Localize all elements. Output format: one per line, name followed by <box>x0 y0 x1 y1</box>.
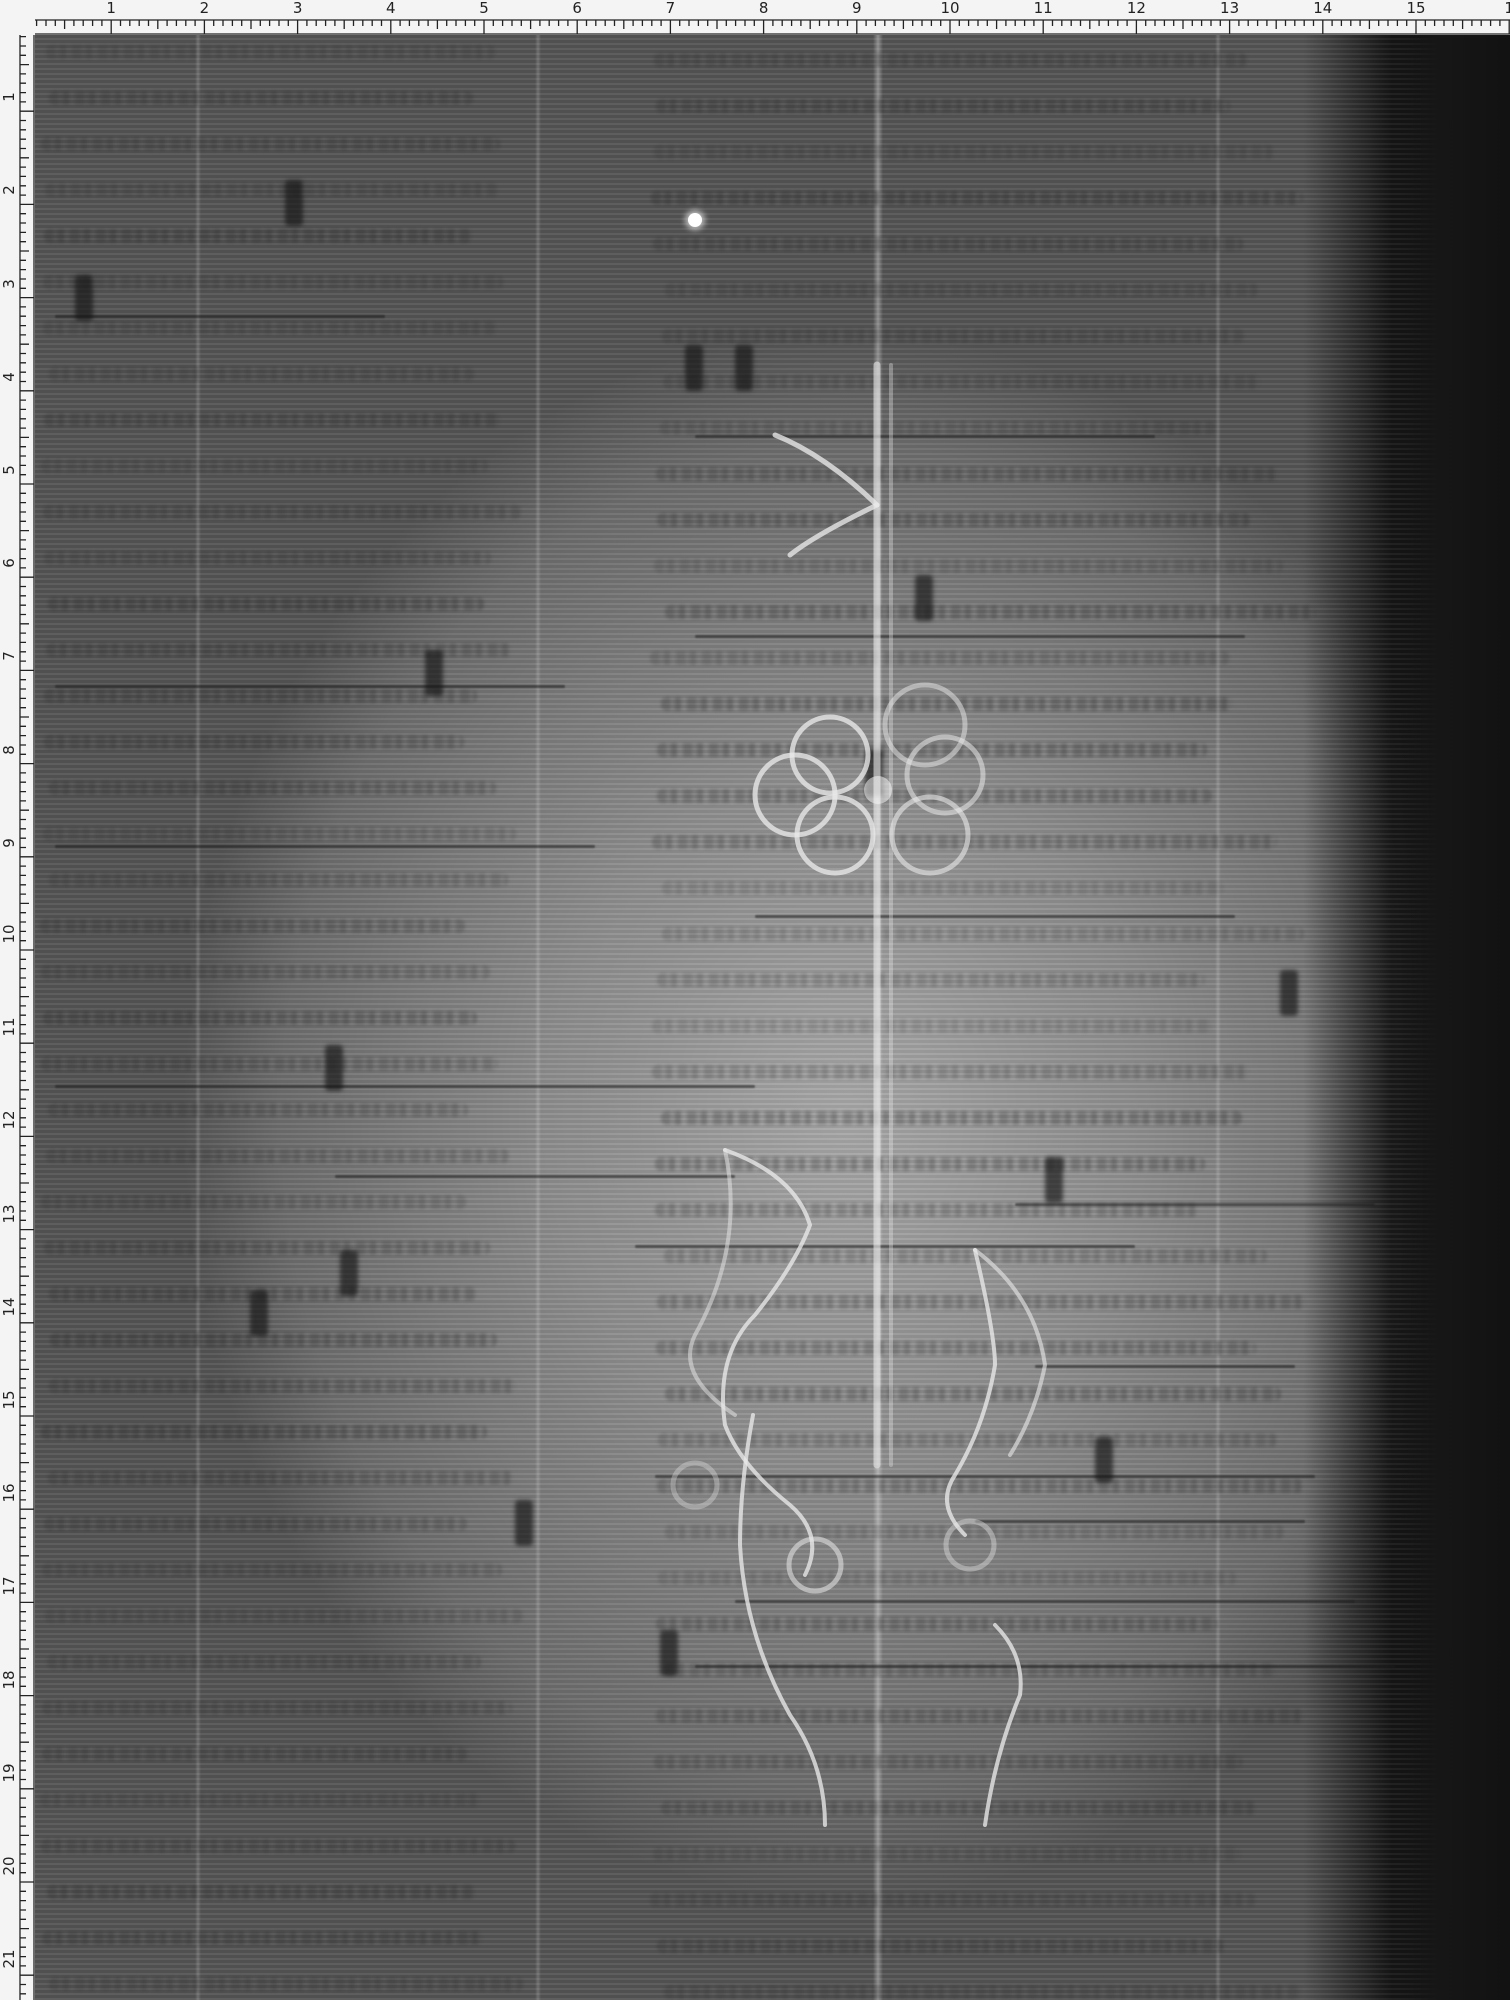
left-ruler-label: 18 <box>2 1674 17 1689</box>
top-ruler-label: 1 <box>1504 1 1510 16</box>
top-ruler-label: 9 <box>852 1 862 16</box>
top-ruler-label: 8 <box>759 1 769 16</box>
ruler-corner <box>0 0 35 35</box>
left-ruler-label: 11 <box>2 1022 17 1037</box>
top-ruler-label: 1 <box>106 1 116 16</box>
top-ruler-label: 7 <box>666 1 676 16</box>
left-ruler-label: 15 <box>2 1395 17 1410</box>
left-ruler-label: 6 <box>2 556 17 571</box>
left-ruler-label: 3 <box>2 276 17 291</box>
left-ruler-label: 1 <box>2 90 17 105</box>
left-ruler-label: 13 <box>2 1208 17 1223</box>
left-ruler-label: 10 <box>2 929 17 944</box>
top-ruler-label: 14 <box>1313 1 1332 16</box>
left-ruler: 123456789101112131415161718192021 <box>0 0 35 2000</box>
left-ruler-label: 19 <box>2 1767 17 1782</box>
top-ruler-label: 15 <box>1406 1 1425 16</box>
top-ruler-label: 10 <box>940 1 959 16</box>
left-ruler-label: 12 <box>2 1115 17 1130</box>
top-ruler-label: 5 <box>479 1 489 16</box>
left-ruler-label: 4 <box>2 369 17 384</box>
left-ruler-label: 17 <box>2 1581 17 1596</box>
left-ruler-label: 20 <box>2 1861 17 1876</box>
top-ruler: 01234567891011121314151 <box>0 0 1510 35</box>
page-edge-shadow <box>1400 35 1510 2000</box>
top-ruler-label: 3 <box>293 1 303 16</box>
left-ruler-label: 14 <box>2 1301 17 1316</box>
left-ruler-label: 16 <box>2 1488 17 1503</box>
left-ruler-label: 5 <box>2 463 17 478</box>
top-ruler-label: 2 <box>200 1 210 16</box>
left-ruler-label: 8 <box>2 742 17 757</box>
left-ruler-label: 21 <box>2 1954 17 1969</box>
left-ruler-label: 2 <box>2 183 17 198</box>
top-ruler-label: 13 <box>1220 1 1239 16</box>
left-ruler-label: 9 <box>2 835 17 850</box>
top-ruler-label: 6 <box>572 1 582 16</box>
flower-vase-watermark <box>35 35 1510 2000</box>
top-ruler-label: 4 <box>386 1 396 16</box>
top-ruler-label: 12 <box>1127 1 1146 16</box>
left-ruler-label: 7 <box>2 649 17 664</box>
top-ruler-label: 11 <box>1034 1 1053 16</box>
manuscript-scan <box>35 35 1510 2000</box>
